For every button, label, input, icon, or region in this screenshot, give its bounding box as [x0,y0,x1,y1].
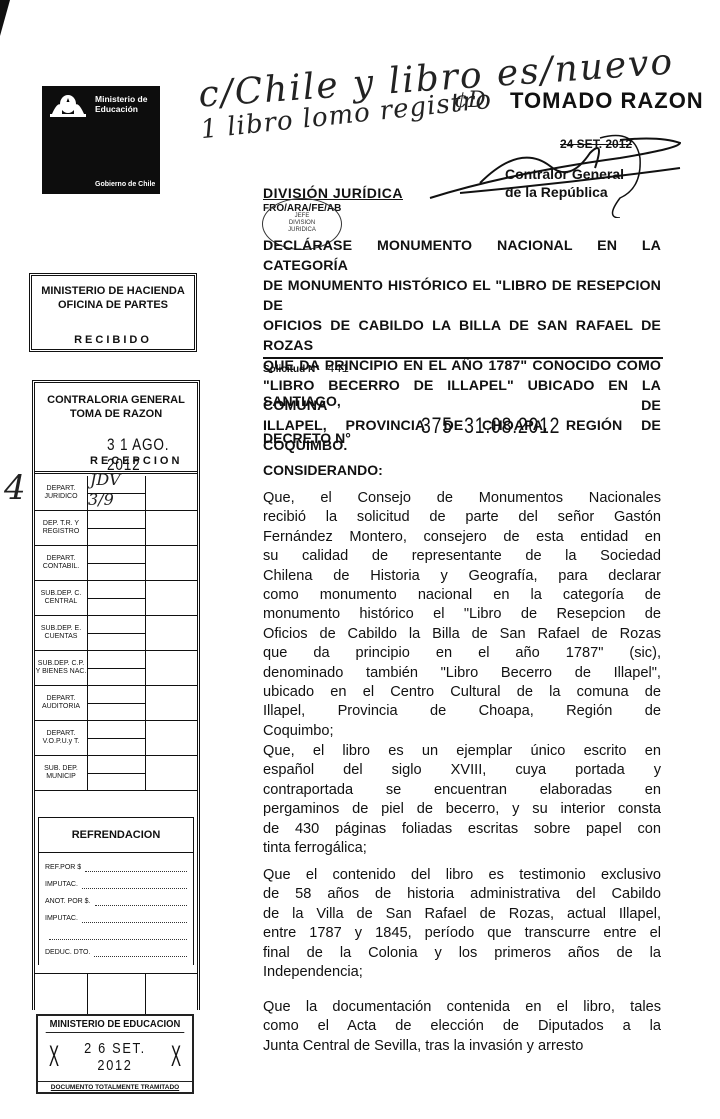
department-label: DEPART. AUDITORIA [35,686,88,720]
scan-edge-mark [0,0,10,36]
department-row: SUB.DEP. C. CENTRAL [35,581,197,616]
tomado-razon-label: TOMADO RAZON [510,88,704,114]
refrendacion-line: ANOT. POR $. [45,893,187,910]
tomado-razon-prefix: ¢D [454,88,486,113]
paragraph-1: Que, el Consejo de Monumentos Nacionales… [263,489,661,741]
considerando-heading: CONSIDERANDO: [263,462,383,478]
ministry-name: Ministerio de Educación [95,94,159,114]
government-name: Gobierno de Chile [95,181,155,188]
chile-coat-of-arms-icon [48,92,88,118]
department-row: DEPART. AUDITORIA [35,686,197,721]
department-label: SUB. DEP. MUNICIP [35,756,88,790]
department-row: DEP. T.R. Y REGISTRO [35,511,197,546]
handwritten-initials: JDV [90,470,121,489]
reception-label: RECEPCION [90,455,182,467]
department-label: SUB.DEP. E. CUENTAS [35,616,88,650]
solicitud: Solicitud N°441 [263,362,349,376]
decree-label: DECRETO N° [263,430,351,446]
paragraph-4: Que la documentación contenida en el lib… [263,998,661,1056]
department-row: DEPART. V.O.P.U.y T. [35,721,197,756]
title-divider [263,357,663,359]
department-label: DEPART. V.O.P.U.y T. [35,721,88,755]
department-row: DEPART. CONTABIL. [35,546,197,581]
handwritten-date: 3/9 [88,490,114,509]
department-row: SUB. DEP. MUNICIP [35,756,197,791]
margin-note: 4 [4,468,26,508]
refrendacion-line [45,927,187,944]
refrendacion-line: DEDUC. DTO. [45,944,187,961]
department-table: DEPART. JURIDICODEP. T.R. Y REGISTRODEPA… [35,476,197,791]
paragraph-3: Que el contenido del libro es testimonio… [263,866,661,982]
education-processed-stamp: MINISTERIO DE EDUCACION X 2 6 SET. 2012 … [36,1014,194,1094]
department-label: DEPART. JURIDICO [35,476,88,510]
ministry-logo: Ministerio de Educación Gobierno de Chil… [42,86,160,194]
department-label: DEPART. CONTABIL. [35,546,88,580]
contralor-title: Contralor General de la República [505,165,624,201]
department-label: SUB.DEP. C. CENTRAL [35,581,88,615]
department-label: DEP. T.R. Y REGISTRO [35,511,88,545]
paragraph-2: Que, el libro es un ejemplar único escri… [263,742,661,858]
hacienda-received-stamp: MINISTERIO DE HACIENDAOFICINA DE PARTES … [29,273,197,352]
refrendacion-section: REFRENDACION REF.POR $IMPUTAC.ANOT. POR … [38,817,194,965]
department-row: SUB.DEP. C.P. Y BIENES NAC. [35,651,197,686]
place: SANTIAGO, [263,393,341,409]
refrendacion-line: IMPUTAC. [45,876,187,893]
refrendacion-line: REF.POR $ [45,859,187,876]
refrendacion-line: IMPUTAC. [45,910,187,927]
department-label: SUB.DEP. C.P. Y BIENES NAC. [35,651,88,685]
division-label: DIVISIÓN JURÍDICA [263,185,403,201]
decree-number-stamp: 375 31.08.2012 [421,413,560,439]
department-row: SUB.DEP. E. CUENTAS [35,616,197,651]
